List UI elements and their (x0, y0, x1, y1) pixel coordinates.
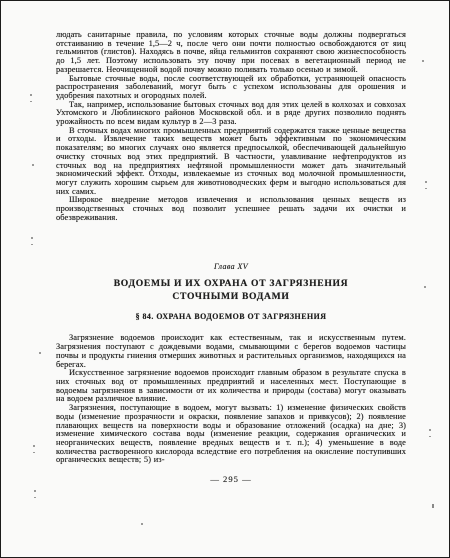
scan-artifact (432, 504, 434, 508)
scan-artifact (33, 445, 35, 453)
scan-artifact (424, 286, 426, 288)
paragraph: Так, например, использование бытовых сто… (56, 101, 406, 127)
chapter-label: Глава XV (56, 262, 406, 271)
scan-artifact (425, 181, 427, 189)
scan-artifact (422, 60, 424, 62)
paragraph: Искусственное загрязнение водоемов проис… (56, 369, 406, 404)
paragraph: Бытовые сточные воды, после соответствую… (56, 75, 406, 101)
section-heading: § 84. ОХРАНА ВОДОЕМОВ ОТ ЗАГРЯЗНЕНИЯ (56, 312, 406, 321)
paragraph: В сточных водах многих промышленных пред… (56, 127, 406, 197)
page-text-block: людать санитарные правила, по условиям к… (56, 31, 406, 484)
scan-artifact (31, 237, 33, 245)
scan-artifact (30, 94, 32, 102)
scan-artifact (141, 523, 143, 525)
scan-artifact (39, 352, 41, 354)
chapter-title: ВОДОЕМЫ И ИХ ОХРАНА ОТ ЗАГРЯЗНЕНИЯ СТОЧН… (81, 277, 381, 303)
section-body: Загрязнение водоемов происходит как есте… (56, 334, 406, 465)
scan-artifact (32, 164, 34, 166)
scanned-book-page: людать санитарные правила, по условиям к… (0, 0, 450, 558)
chapter-heading-block: Глава XV ВОДОЕМЫ И ИХ ОХРАНА ОТ ЗАГРЯЗНЕ… (56, 262, 406, 321)
paragraph: Загрязнения, поступающие в водоем, могут… (56, 404, 406, 465)
scan-artifact (34, 490, 36, 498)
scan-artifact (429, 429, 431, 437)
paragraph: Загрязнение водоемов происходит как есте… (56, 334, 406, 369)
page-number: — 295 — (56, 474, 406, 484)
paragraph-continuation: людать санитарные правила, по условиям к… (56, 31, 406, 75)
paragraph: Широкое внедрение методов извлечения и и… (56, 196, 406, 222)
